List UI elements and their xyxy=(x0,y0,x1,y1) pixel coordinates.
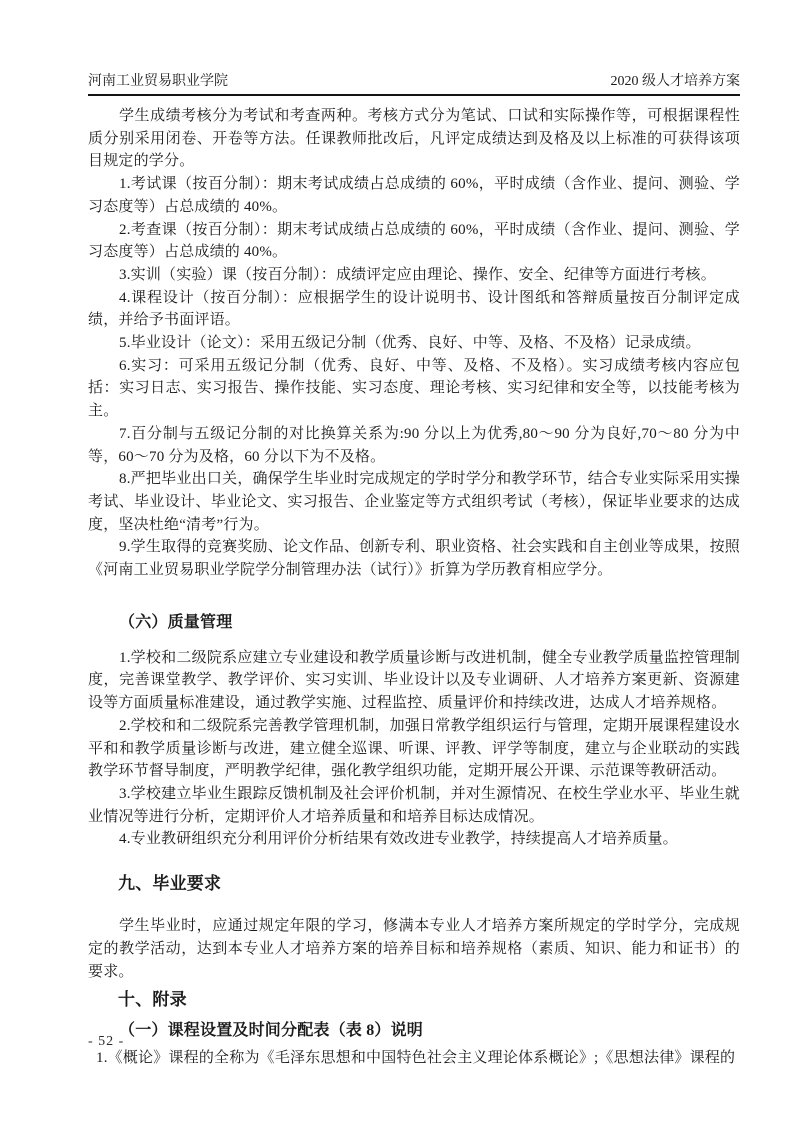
page-header: 河南工业贸易职业学院 2020 级人才培养方案 xyxy=(88,73,740,96)
assessment-item-6: 6.实习：可采用五级记分制（优秀、良好、中等、及格、不及格）。实习成绩考核内容应… xyxy=(88,355,740,423)
assessment-item-5: 5.毕业设计（论文）：采用五级记分制（优秀、良好、中等、及格、不及格）记录成绩。 xyxy=(88,332,740,355)
assessment-item-8: 8.严把毕业出口关，确保学生毕业时完成规定的学时学分和教学环节，结合专业实际采用… xyxy=(88,468,740,536)
quality-item-3: 3.学校建立毕业生跟踪反馈机制及社会评价机制，并对生源情况、在校生学业水平、毕业… xyxy=(88,783,740,828)
assessment-item-2: 2.考查课（按百分制）：期末考试成绩占总成绩的 60%，平时成绩（含作业、提问、… xyxy=(88,219,740,264)
heading-graduation-requirements: 九、毕业要求 xyxy=(88,871,740,897)
assessment-item-9: 9.学生取得的竞赛奖励、论文作品、创新专利、职业资格、社会实践和自主创业等成果，… xyxy=(88,536,740,581)
quality-item-1: 1.学校和二级院系应建立专业建设和教学质量诊断与改进机制，健全专业教学质量监控管… xyxy=(88,647,740,715)
header-plan-title: 2020 级人才培养方案 xyxy=(611,73,741,91)
heading-course-table-notes: （一）课程设置及时间分配表（表 8）说明 xyxy=(88,1019,740,1043)
page-number: - 52 - xyxy=(88,1034,124,1050)
assessment-item-3: 3.实训（实验）课（按百分制）：成绩评定应由理论、操作、安全、纪律等方面进行考核… xyxy=(88,264,740,287)
paragraph-appendix-note-1: 1.《概论》课程的全称为《毛泽东思想和中国特色社会主义理论体系概论》;《思想法律… xyxy=(88,1047,740,1070)
assessment-item-1: 1.考试课（按百分制）：期末考试成绩占总成绩的 60%，平时成绩（含作业、提问、… xyxy=(88,173,740,218)
quality-item-4: 4.专业教研组织充分利用评价分析结果有效改进专业教学，持续提高人才培养质量。 xyxy=(88,828,740,851)
assessment-item-4: 4.课程设计（按百分制）：应根据学生的设计说明书、设计图纸和答辩质量按百分制评定… xyxy=(88,287,740,332)
header-school-name: 河南工业贸易职业学院 xyxy=(88,73,228,91)
document-body: 学生成绩考核分为考试和考查两种。考核方式分为笔试、口试和实际操作等，可根据课程性… xyxy=(88,105,740,1070)
heading-quality-management: （六）质量管理 xyxy=(88,611,740,635)
paragraph-assessment-intro: 学生成绩考核分为考试和考查两种。考核方式分为笔试、口试和实际操作等，可根据课程性… xyxy=(88,105,740,173)
document-page: 河南工业贸易职业学院 2020 级人才培养方案 学生成绩考核分为考试和考查两种。… xyxy=(0,0,793,1122)
paragraph-graduation-body: 学生毕业时，应通过规定年限的学习，修满本专业人才培养方案所规定的学时学分，完成规… xyxy=(88,915,740,983)
quality-item-2: 2.学校和和二级院系完善教学管理机制，加强日常教学组织运行与管理，定期开展课程建… xyxy=(88,715,740,783)
assessment-item-7: 7.百分制与五级记分制的对比换算关系为:90 分以上为优秀,80～90 分为良好… xyxy=(88,423,740,468)
heading-appendix: 十、附录 xyxy=(88,987,740,1013)
